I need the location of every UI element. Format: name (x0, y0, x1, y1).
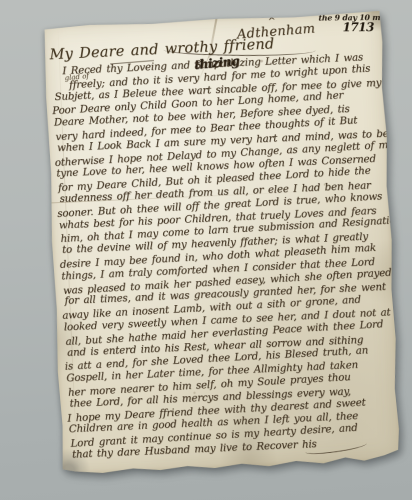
caret-mark: ^ (268, 16, 277, 27)
letter-body: My Deare and wrothy ffriend I Reced thy … (49, 31, 396, 463)
letter-paper-wrapper: ^ Adthenham the 9 day 10 mo 1713 glad of… (42, 11, 401, 475)
photo-background: ^ Adthenham the 9 day 10 mo 1713 glad of… (0, 0, 412, 500)
letter-paper: ^ Adthenham the 9 day 10 mo 1713 glad of… (42, 11, 401, 475)
